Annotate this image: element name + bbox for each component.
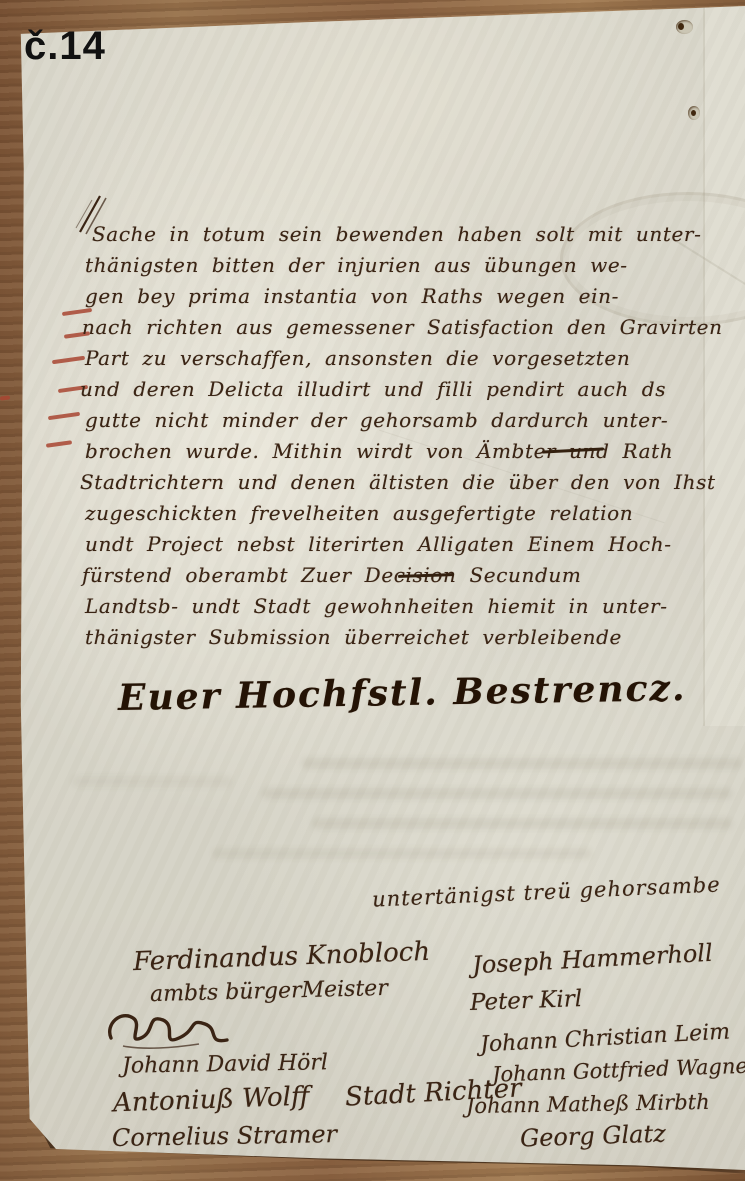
body-line: thänigster Submission überreichet verble… [85, 627, 745, 647]
signature: Peter Kirl [470, 986, 583, 1016]
wormhole-dark-center [691, 110, 696, 116]
body-line: nach richten aus gemessener Satisfaction… [82, 317, 742, 337]
signature: Johann Matheß Mirbth [466, 1090, 710, 1118]
wormhole [676, 20, 693, 34]
body-line: brochen wurde. Mithin wirdt von Ämbter u… [85, 441, 745, 461]
body-line: Sache in totum sein bewenden haben solt … [92, 224, 745, 244]
signature: Johann David Hörl [122, 1050, 328, 1079]
body-line: thänigsten bitten der injurien aus übung… [85, 255, 745, 275]
wormhole-dark-center [678, 23, 684, 30]
signature: Georg Glatz [520, 1119, 667, 1152]
body-line: gutte nicht minder der gehorsamb dardurc… [85, 410, 745, 430]
show-through [72, 776, 232, 787]
show-through [262, 788, 732, 799]
body-line: undt Project nebst literirten Alligaten … [85, 534, 745, 554]
document-photo: č.14 Sache in totum sein bewenden haben … [0, 0, 745, 1181]
show-through [312, 818, 732, 829]
body-line: und deren Delicta illudirt und filli pen… [80, 379, 740, 399]
body-line: Stadtrichtern und denen ältisten die übe… [80, 472, 740, 492]
body-line: Landtsb- undt Stadt gewohnheiten hiemit … [85, 596, 745, 616]
show-through [212, 848, 592, 859]
body-line: gen bey prima instantia von Raths wegen … [85, 286, 745, 306]
body-line: Part zu verschaffen, ansonsten die vorge… [85, 348, 745, 368]
body-line: zugeschickten frevelheiten ausgefertigte… [85, 503, 745, 523]
archive-number-label: č.14 [24, 24, 106, 69]
signature-flourish [103, 1004, 253, 1054]
signature: Cornelius Stramer [112, 1120, 337, 1152]
wormhole [688, 106, 700, 120]
show-through [302, 758, 742, 769]
